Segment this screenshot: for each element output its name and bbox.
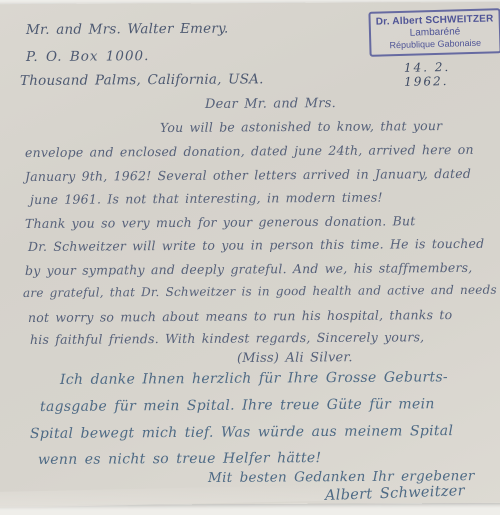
body-de-line-3: Spital bewegt mich tief. Was würde aus m… <box>30 423 453 442</box>
signature-english: (Miss) Ali Silver. <box>237 350 353 366</box>
body-en-line-1: You will be astonished to know, that you… <box>160 118 442 135</box>
body-de-line-2: tagsgabe für mein Spital. Ihre treue Güt… <box>40 396 435 415</box>
address-line-2: P. O. Box 1000. <box>26 48 149 65</box>
handwritten-date: 14. 2. 1962. <box>404 59 500 89</box>
body-en-line-10: his faithful friends. With kindest regar… <box>30 329 424 347</box>
body-en-line-2: envelope and enclosed donation, dated ju… <box>25 142 474 160</box>
address-line-3: Thousand Palms, California, USA. <box>20 71 264 89</box>
body-en-line-7: by your sympathy and deeply grateful. An… <box>25 260 473 278</box>
address-line-1: Mr. and Mrs. Walter Emery. <box>26 21 229 38</box>
body-en-line-5: Thank you so very much for your generous… <box>25 213 416 231</box>
body-de-line-1: Ich danke Ihnen herzlich für Ihre Grosse… <box>60 369 448 388</box>
letter-scan: Dr. Albert SCHWEITZER Lambaréné Républiq… <box>0 0 500 515</box>
body-en-line-4: june 1961. Is not that interesting, in m… <box>30 190 383 207</box>
salutation: Dear Mr. and Mrs. <box>205 96 336 112</box>
address-stamp: Dr. Albert SCHWEITZER Lambaréné Républiq… <box>368 8 500 57</box>
body-en-line-6: Dr. Schweitzer will write to you in pers… <box>28 236 484 254</box>
stamp-country-line: République Gabonaise <box>373 37 497 50</box>
body-de-line-4: wenn es nicht so treue Helfer hätte! <box>38 450 322 468</box>
body-en-line-3: January 9th, 1962! Several other letters… <box>25 166 471 184</box>
body-en-line-9: not worry so much about means to run his… <box>28 307 452 325</box>
